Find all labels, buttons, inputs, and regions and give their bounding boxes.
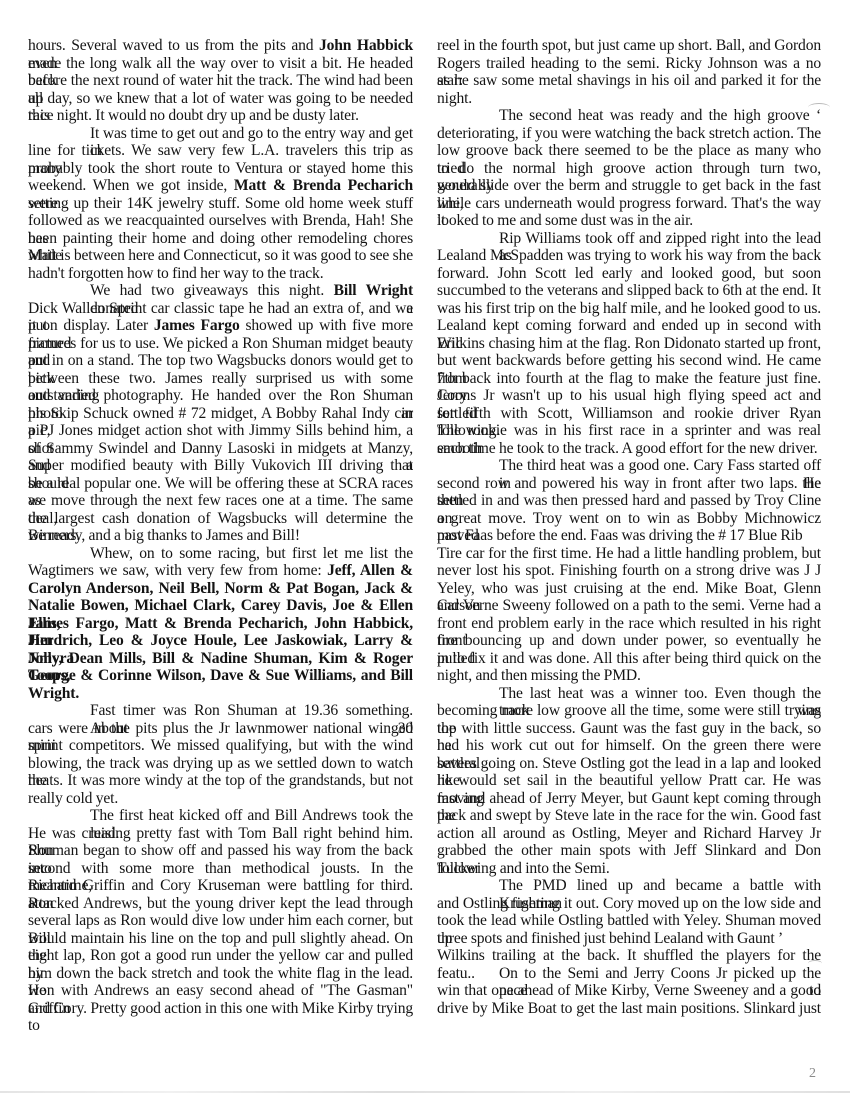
text-line: hours. Several waved to us from the pits… [28, 37, 413, 55]
text-line: heats. It was more windy at the top of t… [28, 772, 413, 790]
text-line: Carolyn Anderson, Neil Bell, Norm & Pat … [28, 580, 413, 598]
text-run: attacked Andrews, but the young driver k… [28, 895, 413, 912]
text-run: Wagtimers we saw, with very few from hom… [28, 562, 327, 579]
text-line: never lost his spot. Finishing fourth on… [437, 562, 821, 580]
text-line: a PJ Jones midget action shot with Jimmy… [28, 422, 413, 440]
text-line: forward. John Scott led early and looked… [437, 265, 821, 283]
text-line: second with some more than methodical jo… [28, 860, 413, 878]
text-line: followed as we reacquainted ourselves wi… [28, 212, 413, 230]
text-run: drive by Mike Boat to get the last main … [437, 1000, 821, 1017]
text-line: win that one ahead of Mike Kirby, Verne … [437, 982, 821, 1000]
text-line: his Skip Schuck owned # 72 midget, A Bob… [28, 405, 413, 423]
text-line: to do the normal high groove action thro… [437, 160, 821, 178]
text-run: night. [437, 90, 472, 107]
text-line: The third heat was a good one. Cary Fass… [437, 457, 821, 475]
text-line: night. [437, 90, 821, 108]
text-run: reel in the fourth spot, but just came u… [437, 37, 821, 54]
scan-artifact-arc [808, 960, 822, 967]
text-run: succumbed to the veterans and slipped ba… [437, 282, 821, 299]
text-line: Dick Wallen Sprint car classic tape he h… [28, 300, 413, 318]
text-run: hours. Several waved to us from the pits… [28, 37, 319, 54]
text-line: be a real popular one. We will be offeri… [28, 475, 413, 493]
text-line: all day, so we knew that a lot of water … [28, 90, 413, 108]
text-line: several laps as Ron would dive low under… [28, 912, 413, 930]
text-run: each time he took to the track. A good e… [437, 440, 818, 457]
text-line: settled in and was then pressed hard and… [437, 492, 821, 510]
text-line: between these two. James really surprise… [28, 370, 413, 388]
bold-name-run: George & Corinne Wilson, Dave & Sue Will… [28, 667, 413, 684]
text-line: grabbed the other main spots with Jeff S… [437, 842, 821, 860]
text-run: Tire car for the first time. He had a li… [437, 545, 821, 562]
text-line: and varied photography. He handed over t… [28, 387, 413, 405]
text-line: We had two giveaways this night. Bill Wr… [28, 282, 413, 300]
text-line: Natalie Bowen, Michael Clark, Carey Davi… [28, 597, 413, 615]
text-line: would slide over the berm and struggle t… [437, 177, 821, 195]
bold-name-run: John Habbick [319, 37, 413, 54]
text-line: tire bouncing up and down under power, s… [437, 632, 821, 650]
text-line: drive by Mike Boat to get the last main … [437, 1000, 821, 1018]
text-line: Lealand kept coming forward and ended up… [437, 317, 821, 335]
text-line: sprint competitors. We missed qualifying… [28, 737, 413, 755]
text-line: cars were in the pits plus the Jr lawnmo… [28, 720, 413, 738]
text-line: made the long walk all the way over to v… [28, 55, 413, 73]
text-line: weekend. When we got inside, Matt & Bren… [28, 177, 413, 195]
text-line: each time he took to the track. A good e… [437, 440, 821, 458]
text-line: blowing, the track was drying up as we s… [28, 755, 413, 773]
text-line: race night. It would no doubt dry up and… [28, 107, 413, 125]
text-line: front end problem early in the race whic… [437, 615, 821, 633]
text-line: action all around as Ostling, Meyer and … [437, 825, 821, 843]
text-run: hadn't forgotten how to find her way to … [28, 265, 323, 282]
text-line: The PMD lined up and became a battle wit… [437, 877, 821, 895]
bold-name-run: Carolyn Anderson, Neil Bell, Norm & Pat … [28, 580, 413, 597]
text-run: and Cory. Pretty good action in this one… [28, 1000, 413, 1035]
text-run: deteriorating, if you were watching the … [437, 125, 821, 142]
text-line: James Fargo, Matt & Brenda Pecharich, Jo… [28, 615, 413, 633]
document-page: hours. Several waved to us from the pits… [0, 0, 850, 1100]
text-line: him down the back stretch and took the w… [28, 965, 413, 983]
bold-name-run: Bill Wright [334, 282, 413, 299]
text-line: put in on a stand. The top two Wagsbucks… [28, 352, 413, 370]
bold-name-run: Wright. [28, 685, 79, 702]
text-line: On to the Semi and Jerry Coons Jr picked… [437, 965, 821, 983]
text-line: Rip Williams took off and zipped right i… [437, 230, 821, 248]
text-line: fast and ahead of Jerry Meyer, but Gaunt… [437, 790, 821, 808]
text-line: pictures for us to use. We picked a Ron … [28, 335, 413, 353]
text-run: pack and swept by Steve late in the race… [437, 807, 821, 824]
text-line: 7th back into fourth at the flag to make… [437, 370, 821, 388]
text-line: Be ready, and a big thanks to James and … [28, 527, 413, 545]
text-line: He was cruising pretty fast with Tom Bal… [28, 825, 413, 843]
bold-name-run: Matt & Brenda Pecharich [234, 177, 413, 194]
bold-name-run: Jeff, Allen & [327, 562, 413, 579]
text-run: Be ready, and a big thanks to James and … [28, 527, 300, 544]
text-line: Wilkins chasing him at the flag. Ron Did… [437, 335, 821, 353]
text-line: pack and swept by Steve late in the race… [437, 807, 821, 825]
text-line: attacked Andrews, but the young driver k… [28, 895, 413, 913]
text-run: sprint competitors. We missed qualifying… [28, 737, 413, 754]
text-line: setting up their 14K jewelry stuff. Some… [28, 195, 413, 213]
text-line: Fast timer was Ron Shuman at 19.36 somet… [28, 702, 413, 720]
text-line: it on display. Later James Fargo showed … [28, 317, 413, 335]
text-run: win that one ahead of Mike Kirby, Verne … [437, 982, 821, 999]
text-line: a great move. Troy went on to win as Bob… [437, 510, 821, 528]
right-text-column: reel in the fourth spot, but just came u… [437, 37, 821, 1017]
text-line: George & Corinne Wilson, Dave & Sue Will… [28, 667, 413, 685]
text-line: hadn't forgotten how to find her way to … [28, 265, 413, 283]
text-line: reel in the fourth spot, but just came u… [437, 37, 821, 55]
text-line: Wright. [28, 685, 413, 703]
text-line: Wilkins trailing at the back. It shuffle… [437, 947, 821, 965]
text-run: as he saw some metal shavings in his oil… [437, 72, 821, 89]
text-line: we move through the next few races one a… [28, 492, 413, 510]
text-run: Lealand McSpadden was trying to work his… [437, 247, 821, 264]
text-line: the largest cash donation of Wagsbucks w… [28, 510, 413, 528]
text-run: weekend. When we got inside, [28, 177, 234, 194]
text-run: and Verne Sweeny followed on a path to t… [437, 597, 821, 614]
text-line: line for tickets. We saw very few L.A. t… [28, 142, 413, 160]
text-line: had his work cut out for himself. On the… [437, 737, 821, 755]
text-line: following and into the Semi. [437, 860, 821, 878]
text-line: of Sammy Swindel and Danny Lasoski in mi… [28, 440, 413, 458]
text-line: Matt is between here and Connecticut, so… [28, 247, 413, 265]
text-line: Herdrich, Leo & Joyce Houle, Lee Jaskowi… [28, 632, 413, 650]
text-run: We had two giveaways this night. [90, 282, 334, 299]
text-line: as he saw some metal shavings in his oil… [437, 72, 821, 90]
bold-name-run: James Fargo [154, 317, 240, 334]
text-line: was his first trip on the big half mile,… [437, 300, 821, 318]
text-line: eight lap, Ron got a good run under the … [28, 947, 413, 965]
text-run: looked to me and some dust was in the ai… [437, 212, 693, 229]
scan-bottom-edge [0, 1091, 850, 1093]
text-line: but went backwards before getting his se… [437, 352, 821, 370]
text-run: Matt is between here and Connecticut, so… [28, 247, 413, 264]
text-line: Lealand McSpadden was trying to work his… [437, 247, 821, 265]
text-line: before the next round of water hit the t… [28, 72, 413, 90]
text-line: It was time to get out and go to the ent… [28, 125, 413, 143]
text-line: second row and powered his way in front … [437, 475, 821, 493]
text-run: race night. It would no doubt dry up and… [28, 107, 359, 124]
text-run: three spots and finished just behind Lea… [437, 930, 783, 947]
text-line: Tire car for the first time. He had a li… [437, 545, 821, 563]
text-line: really cold yet. [28, 790, 413, 808]
left-text-column: hours. Several waved to us from the pits… [28, 37, 413, 1017]
text-line: would maintain his line on the top and p… [28, 930, 413, 948]
text-run: Whew, on to some racing, but first let m… [90, 545, 413, 562]
text-run: following and into the Semi. [437, 860, 610, 877]
text-run: and Ostling fighting it out. Cory moved … [437, 895, 821, 912]
text-run: night, and then missing the PMD. [437, 667, 641, 684]
text-line: Yeley, who was just cruising at the end.… [437, 580, 821, 598]
text-line: and Cory. Pretty good action in this one… [28, 1000, 413, 1018]
text-line: Jolly, Dean Mills, Bill & Nadine Shuman,… [28, 650, 413, 668]
text-run: setting up their 14K jewelry stuff. Some… [28, 195, 413, 212]
text-line: battles going on. Steve Ostling got the … [437, 755, 821, 773]
text-run: never lost his spot. Finishing fourth on… [437, 562, 821, 579]
text-line: took the lead while Ostling battled with… [437, 912, 821, 930]
text-line: three spots and finished just behind Lea… [437, 930, 821, 948]
text-line: The last heat was a winner too. Even tho… [437, 685, 821, 703]
text-line: top with little success. Gaunt was the f… [437, 720, 821, 738]
text-line: while cars underneath would progress for… [437, 195, 821, 213]
text-line: in to fix it and was done. All this afte… [437, 650, 821, 668]
text-line: and Verne Sweeny followed on a path to t… [437, 597, 821, 615]
text-line: Wagtimers we saw, with very few from hom… [28, 562, 413, 580]
text-line: for fifth with Scott, Williamson and roo… [437, 405, 821, 423]
text-run: forward. John Scott led early and looked… [437, 265, 821, 282]
text-line: low groove back there seemed to be the p… [437, 142, 821, 160]
text-line: becoming more low groove all the time, s… [437, 702, 821, 720]
text-line: Super modified beauty with Billy Vukovic… [28, 457, 413, 475]
text-line: succumbed to the veterans and slipped ba… [437, 282, 821, 300]
text-run: it on display. Later [28, 317, 154, 334]
text-line: deteriorating, if you were watching the … [437, 125, 821, 143]
text-run: heats. It was more windy at the top of t… [28, 772, 413, 789]
text-run: really cold yet. [28, 790, 118, 807]
text-line: Coons Jr wasn't up to his usual high fly… [437, 387, 821, 405]
scan-artifact-arc [808, 103, 830, 112]
text-line: night, and then missing the PMD. [437, 667, 821, 685]
text-run: past Faas before the end. Faas was drivi… [437, 527, 802, 544]
text-line: past Faas before the end. Faas was drivi… [437, 527, 821, 545]
page-number: 2 [809, 1066, 816, 1082]
text-line: Rogers trailed heading to the semi. Rick… [437, 55, 821, 73]
text-line: The first heat kicked off and Bill Andre… [28, 807, 413, 825]
text-line: probably took the short route to Ventura… [28, 160, 413, 178]
text-line: Shuman began to show off and passed his … [28, 842, 413, 860]
text-run: The second heat was ready and the high g… [499, 107, 821, 124]
text-line: The second heat was ready and the high g… [437, 107, 821, 125]
text-run: probably took the short route to Ventura… [28, 160, 413, 177]
text-run: action all around as Ostling, Meyer and … [437, 825, 821, 842]
text-line: The rookie was in his first race in a sp… [437, 422, 821, 440]
text-line: Richard Griffin and Cory Kruseman were b… [28, 877, 413, 895]
text-line: he would set sail in the beautiful yello… [437, 772, 821, 790]
text-run: was his first trip on the big half mile,… [437, 300, 821, 317]
text-line: and Ostling fighting it out. Cory moved … [437, 895, 821, 913]
text-line: won with Andrews an easy second ahead of… [28, 982, 413, 1000]
text-run: Wilkins chasing him at the flag. Ron Did… [437, 335, 821, 352]
text-line: looked to me and some dust was in the ai… [437, 212, 821, 230]
text-line: been painting their home and doing other… [28, 230, 413, 248]
text-line: Whew, on to some racing, but first let m… [28, 545, 413, 563]
text-run: in to fix it and was done. All this afte… [437, 650, 821, 667]
